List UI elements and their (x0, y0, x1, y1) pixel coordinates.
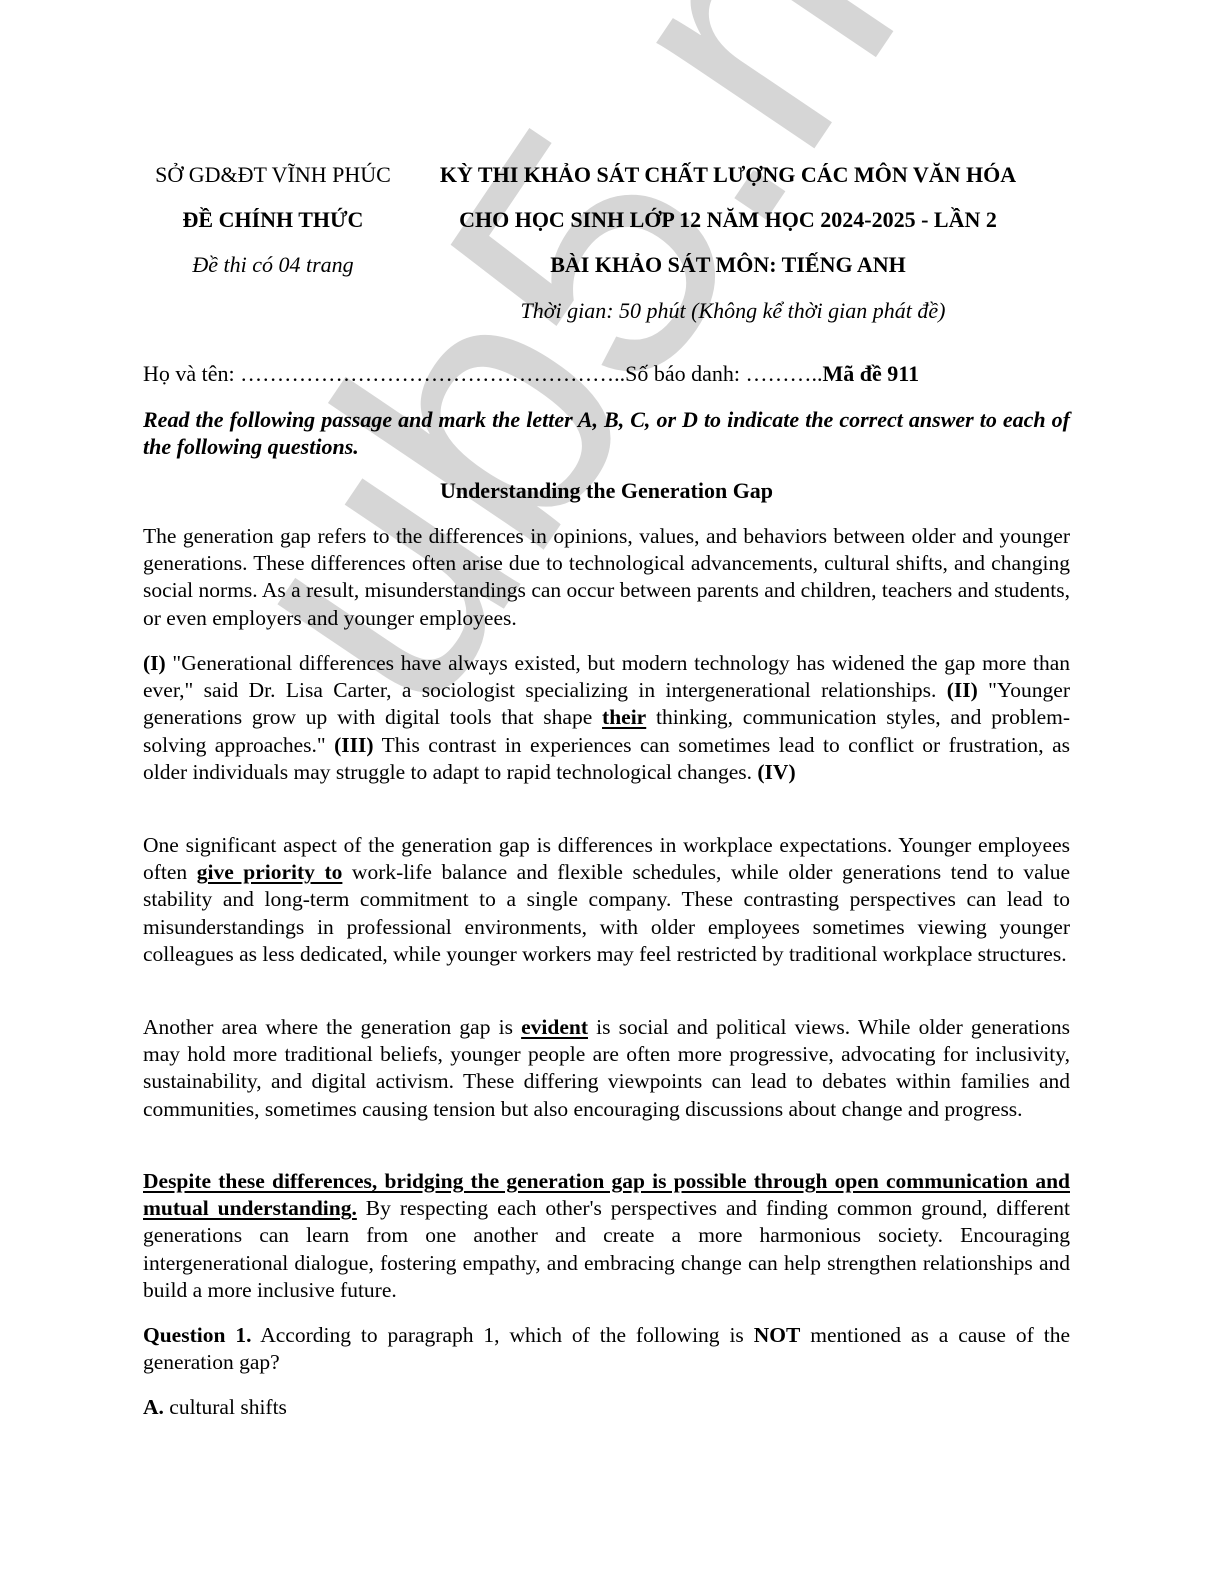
passage-paragraph-2: (I) "Generational differences have alway… (143, 650, 1070, 786)
underlined-phrase-give-priority-to: give priority to (197, 860, 343, 884)
insertion-marker-III: (III) (334, 733, 373, 757)
candidate-id-field[interactable]: Số báo danh: ……….. (625, 361, 822, 386)
candidate-info-row: Họ và tên: ……………………………………………..Số báo dan… (143, 361, 919, 387)
option-text: cultural shifts (164, 1395, 287, 1419)
question-number: Question 1. (143, 1323, 251, 1347)
exam-time-note: Thời gian: 50 phút (Không kể thời gian p… (403, 298, 1063, 324)
page-count-note: Đề thi có 04 trang (143, 252, 403, 278)
passage-title: Understanding the Generation Gap (143, 478, 1070, 504)
underlined-word-their: their (602, 705, 646, 729)
insertion-marker-I: (I) (143, 651, 166, 675)
insertion-marker-II: (II) (947, 678, 978, 702)
reading-instruction: Read the following passage and mark the … (143, 406, 1070, 460)
exam-page: ub5.me SỞ GD&ĐT VĨNH PHÚC ĐỀ CHÍNH THỨC … (0, 0, 1224, 1584)
question-emphasis: NOT (754, 1323, 801, 1347)
passage-paragraph-4: Another area where the generation gap is… (143, 1014, 1070, 1123)
option-letter: A. (143, 1395, 164, 1419)
department-name: SỞ GD&ĐT VĨNH PHÚC (143, 162, 403, 188)
instruction-text: Read the following passage and mark the … (143, 407, 1070, 459)
exam-subject: BÀI KHẢO SÁT MÔN: TIẾNG ANH (398, 252, 1058, 278)
exam-title-line1: KỲ THI KHẢO SÁT CHẤT LƯỢNG CÁC MÔN VĂN H… (398, 162, 1058, 188)
exam-title-line2: CHO HỌC SINH LỚP 12 NĂM HỌC 2024-2025 - … (398, 207, 1058, 233)
passage-paragraph-1: The generation gap refers to the differe… (143, 523, 1070, 632)
underlined-word-evident: evident (521, 1015, 588, 1039)
question-text: According to paragraph 1, which of the f… (251, 1323, 753, 1347)
passage-paragraph-3: One significant aspect of the generation… (143, 832, 1070, 968)
candidate-name-field[interactable]: Họ và tên: …………………………………………….. (143, 361, 625, 386)
instruction-end: . (353, 434, 359, 459)
exam-code: Mã đề 911 (823, 361, 920, 386)
paragraph-text: Another area where the generation gap is (143, 1015, 521, 1039)
question-1-option-a[interactable]: A. cultural shifts (143, 1395, 287, 1420)
paragraph-text: "Generational differences have always ex… (143, 651, 1070, 702)
official-exam-label: ĐỀ CHÍNH THỨC (143, 207, 403, 233)
passage-paragraph-5: Despite these differences, bridging the … (143, 1168, 1070, 1304)
insertion-marker-IV: (IV) (757, 760, 795, 784)
question-1-stem: Question 1. According to paragraph 1, wh… (143, 1322, 1070, 1376)
